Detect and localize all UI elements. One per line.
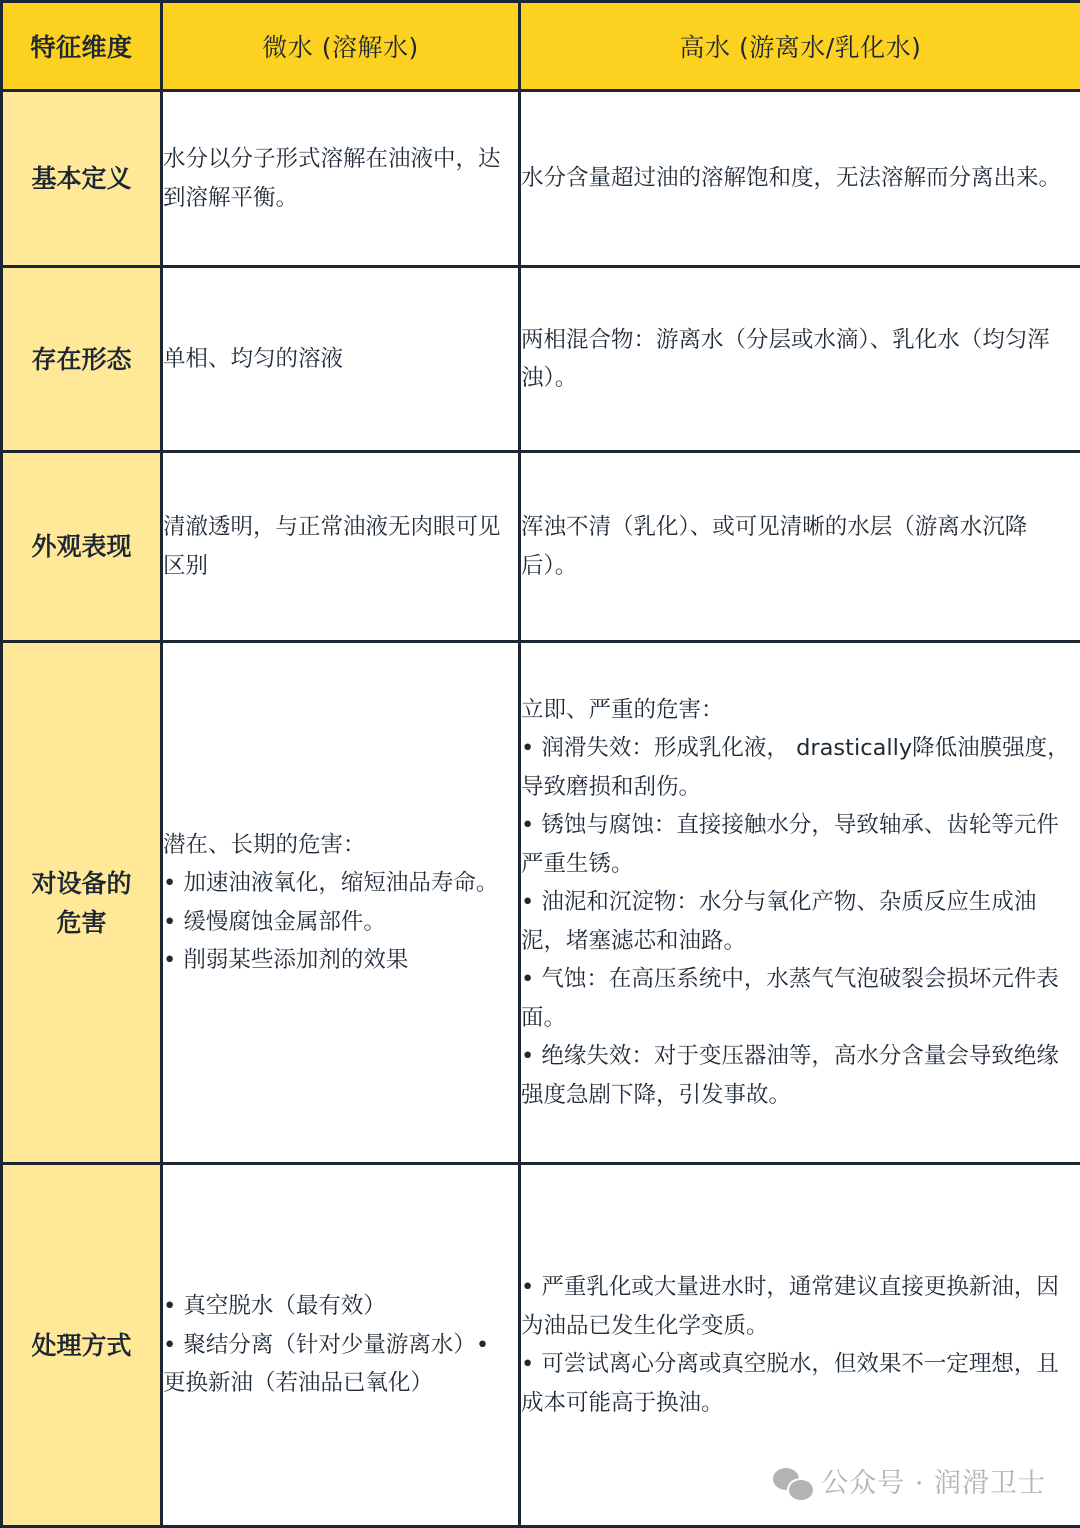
table-row-form: 存在形态 单相、均匀的溶液 两相混合物：游离水（分层或水滴）、乳化水（均匀浑浊）… — [2, 267, 1080, 452]
bullet-item: • 气蚀：在高压系统中，水蒸气气泡破裂会损坏元件表面。 — [521, 960, 1080, 1037]
table-row-hazards: 对设备的危害 潜在、长期的危害： • 加速油液氧化，缩短油品寿命。 • 缓慢腐蚀… — [2, 642, 1080, 1164]
cell-text: 单相、均匀的溶液 — [163, 340, 518, 379]
bullet-item: • 绝缘失效：对于变压器油等，高水分含量会导致绝缘强度急剧下降，引发事故。 — [521, 1037, 1080, 1114]
cell-text: 水分以分子形式溶解在油液中，达到溶解平衡。 — [163, 140, 518, 217]
micro-cell: 水分以分子形式溶解在油液中，达到溶解平衡。 — [162, 91, 520, 267]
header-micro-water: 微水 (溶解水) — [162, 2, 520, 91]
micro-cell: 清澈透明，与正常油液无肉眼可见区别 — [162, 452, 520, 642]
cell-text: 两相混合物：游离水（分层或水滴）、乳化水（均匀浑浊）。 — [521, 321, 1080, 398]
watermark: 公众号 · 润滑卫士 — [773, 1465, 1046, 1504]
high-cell: 浑浊不清（乳化）、或可见清晰的水层（游离水沉降后）。 — [520, 452, 1080, 642]
micro-cell: 单相、均匀的溶液 — [162, 267, 520, 452]
cell-text: 水分含量超过油的溶解饱和度，无法溶解而分离出来。 — [521, 159, 1080, 198]
cell-heading: 潜在、长期的危害： — [163, 826, 518, 865]
watermark-text: 公众号 · 润滑卫士 — [821, 1465, 1046, 1504]
bullet-item: • 润滑失效：形成乳化液， drastically降低油膜强度，导致磨损和刮伤。 — [521, 729, 1080, 806]
header-dimension: 特征维度 — [2, 2, 162, 91]
micro-cell: 潜在、长期的危害： • 加速油液氧化，缩短油品寿命。 • 缓慢腐蚀金属部件。 •… — [162, 642, 520, 1164]
high-cell: • 严重乳化或大量进水时，通常建议直接更换新油，因为油品已发生化学变质。 • 可… — [520, 1164, 1080, 1527]
row-label: 存在形态 — [2, 267, 162, 452]
bullet-item: • 加速油液氧化，缩短油品寿命。 — [163, 864, 518, 903]
micro-cell: • 真空脱水（最有效） • 聚结分离（针对少量游离水）• 更换新油（若油品已氧化… — [162, 1164, 520, 1527]
bullet-item: • 锈蚀与腐蚀：直接接触水分，导致轴承、齿轮等元件严重生锈。 — [521, 806, 1080, 883]
high-cell: 立即、严重的危害： • 润滑失效：形成乳化液， drastically降低油膜强… — [520, 642, 1080, 1164]
row-label: 处理方式 — [2, 1164, 162, 1527]
table-row-definition: 基本定义 水分以分子形式溶解在油液中，达到溶解平衡。 水分含量超过油的溶解饱和度… — [2, 91, 1080, 267]
row-label: 外观表现 — [2, 452, 162, 642]
row-label: 对设备的危害 — [2, 642, 162, 1164]
cell-text: 清澈透明，与正常油液无肉眼可见区别 — [163, 508, 518, 585]
bullet-item: • 聚结分离（针对少量游离水）• 更换新油（若油品已氧化） — [163, 1326, 518, 1403]
wechat-icon — [773, 1468, 813, 1500]
bullet-item: • 严重乳化或大量进水时，通常建议直接更换新油，因为油品已发生化学变质。 — [521, 1268, 1080, 1345]
cell-text: 浑浊不清（乳化）、或可见清晰的水层（游离水沉降后）。 — [521, 508, 1080, 585]
bullet-item: • 削弱某些添加剂的效果 — [163, 941, 518, 980]
high-cell: 两相混合物：游离水（分层或水滴）、乳化水（均匀浑浊）。 — [520, 267, 1080, 452]
comparison-table: 特征维度 微水 (溶解水) 高水 (游离水/乳化水) 基本定义 水分以分子形式溶… — [0, 0, 1080, 1528]
header-high-water: 高水 (游离水/乳化水) — [520, 2, 1080, 91]
table-row-treatment: 处理方式 • 真空脱水（最有效） • 聚结分离（针对少量游离水）• 更换新油（若… — [2, 1164, 1080, 1527]
bullet-item: • 缓慢腐蚀金属部件。 — [163, 903, 518, 942]
high-cell: 水分含量超过油的溶解饱和度，无法溶解而分离出来。 — [520, 91, 1080, 267]
bullet-item: • 真空脱水（最有效） — [163, 1287, 518, 1326]
table-row-appearance: 外观表现 清澈透明，与正常油液无肉眼可见区别 浑浊不清（乳化）、或可见清晰的水层… — [2, 452, 1080, 642]
bullet-item: • 油泥和沉淀物：水分与氧化产物、杂质反应生成油泥，堵塞滤芯和油路。 — [521, 883, 1080, 960]
row-label: 基本定义 — [2, 91, 162, 267]
bullet-item: • 可尝试离心分离或真空脱水，但效果不一定理想，且成本可能高于换油。 — [521, 1345, 1080, 1422]
row-label-text: 对设备的危害 — [22, 864, 142, 942]
cell-heading: 立即、严重的危害： — [521, 691, 1080, 730]
header-row: 特征维度 微水 (溶解水) 高水 (游离水/乳化水) — [2, 2, 1080, 91]
